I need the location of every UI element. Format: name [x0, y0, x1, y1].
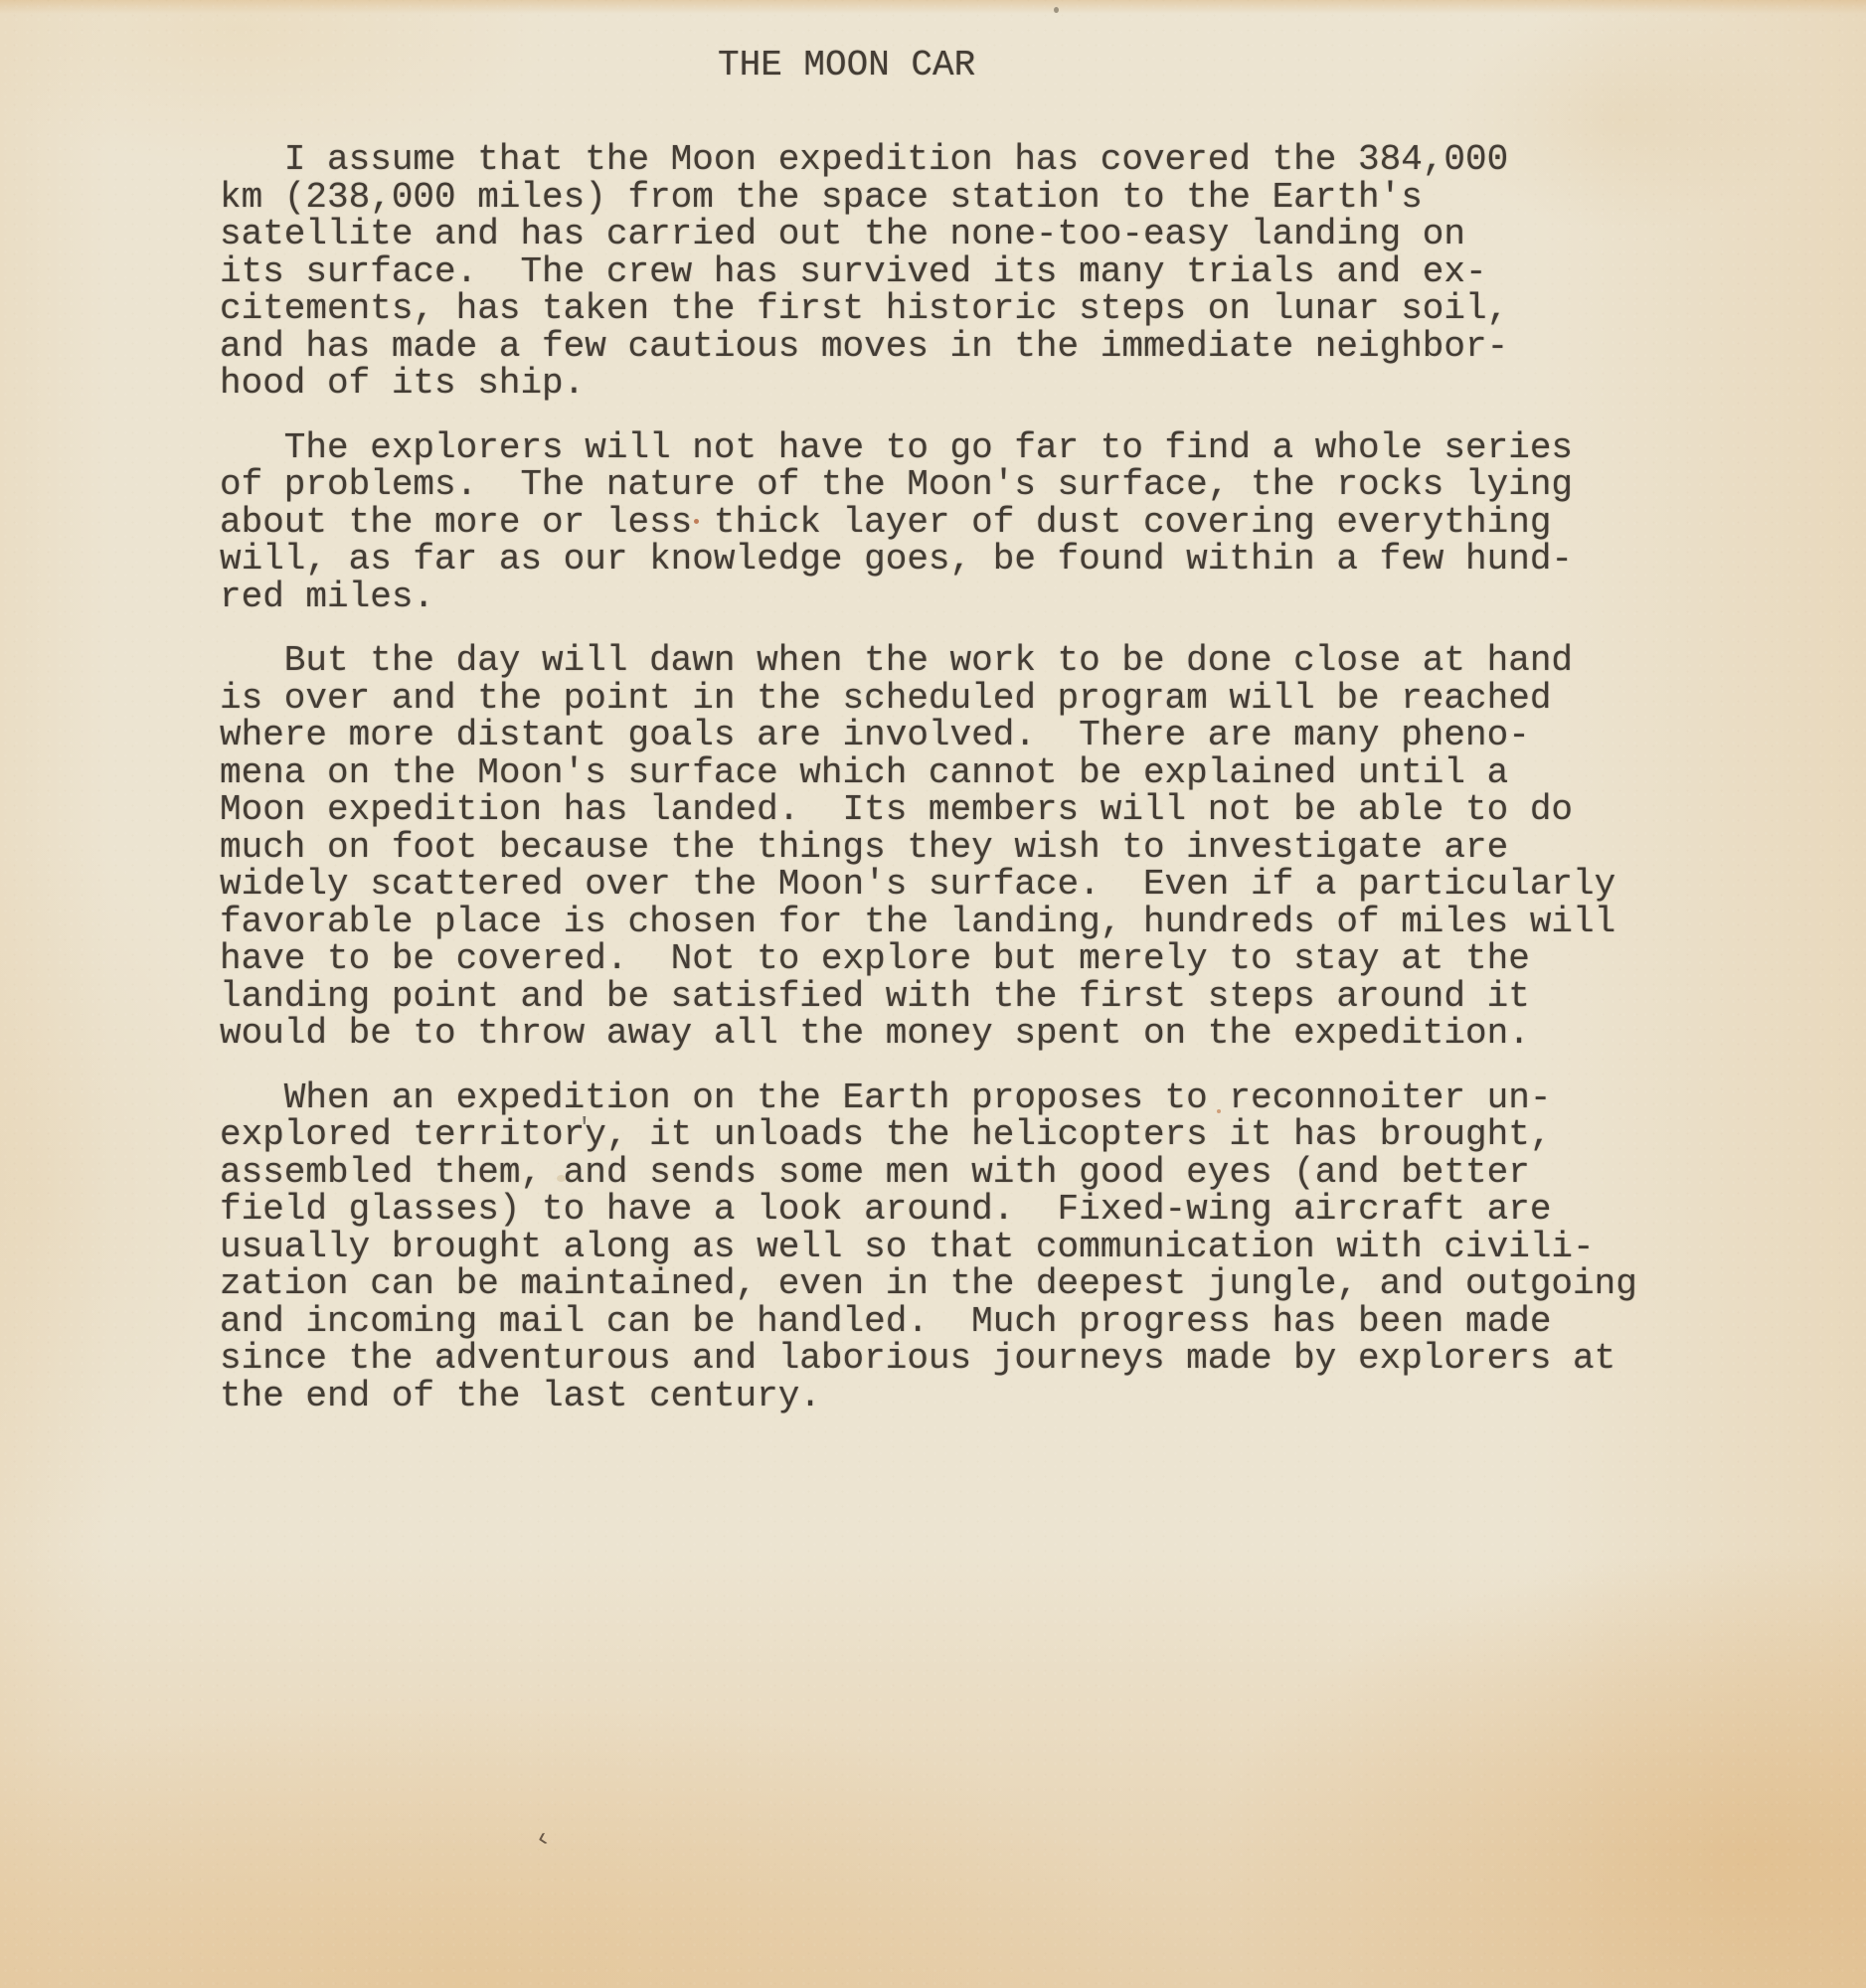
- paragraph-4: When an expedition on the Earth proposes…: [220, 1079, 1637, 1415]
- paragraph-1: I assume that the Moon expedition has co…: [220, 141, 1637, 403]
- paper-speck: [1054, 7, 1059, 13]
- page-title: THE MOON CAR: [718, 47, 975, 83]
- stray-ink-mark: ': [577, 1113, 593, 1143]
- document-body: I assume that the Moon expedition has co…: [220, 141, 1637, 1441]
- pen-mark: ‹: [532, 1823, 555, 1856]
- paragraph-2: The explorers will not have to go far to…: [220, 429, 1637, 616]
- paragraph-3: But the day will dawn when the work to b…: [220, 642, 1637, 1053]
- scanned-typewritten-page: THE MOON CAR I assume that the Moon expe…: [0, 0, 1866, 1988]
